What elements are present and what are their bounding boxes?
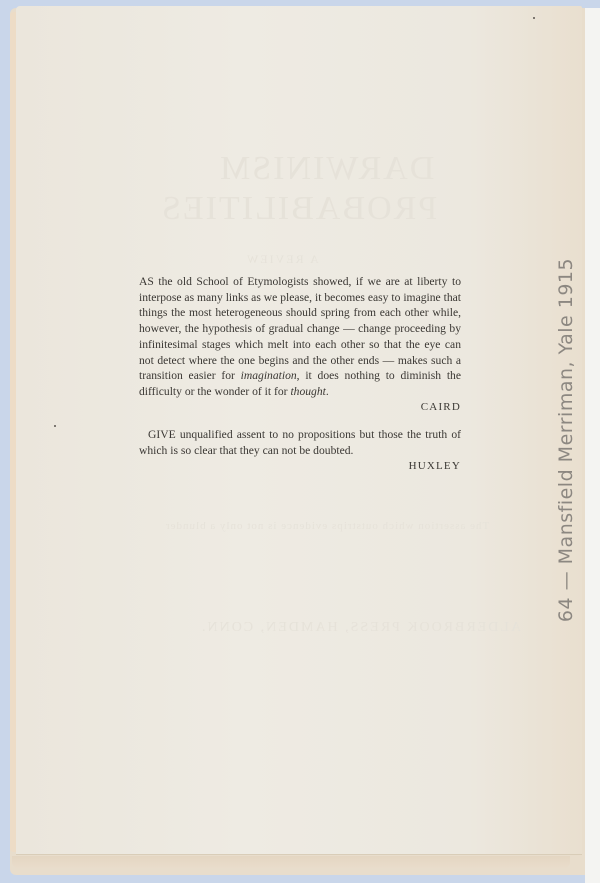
quote-lead: GIVE (139, 428, 176, 441)
attribution-huxley: HUXLEY (139, 459, 461, 475)
show-through-title-line-1: DARWINISM (218, 150, 434, 188)
quote-caird: AS the old School of Etymologists showed… (139, 274, 461, 400)
emphasis-imagination: imagination (241, 369, 297, 382)
right-background-strip (585, 8, 600, 883)
show-through-quote: The assertion which outstrips evidence i… (165, 520, 489, 532)
quote-huxley: GIVE unqualified assent to no propositio… (139, 427, 461, 458)
paper-speck (54, 425, 56, 427)
quotation-block: AS the old School of Etymologists showed… (139, 274, 461, 474)
page-bottom-edge (12, 856, 570, 868)
attribution-caird: CAIRD (139, 400, 461, 416)
show-through-subtitle: A REVIEW (245, 252, 319, 267)
quote-lead: AS (139, 275, 154, 288)
paper-speck (533, 17, 535, 19)
show-through-title-line-2: PROBABILITIES (160, 190, 437, 228)
handwritten-pencil-annotation: 64 — Mansfield Merriman, Yale 1915 (555, 258, 577, 622)
show-through-imprint: ALDERBROOK PRESS, HAMDEN, CONN. (200, 620, 521, 636)
emphasis-thought: thought (290, 385, 325, 398)
